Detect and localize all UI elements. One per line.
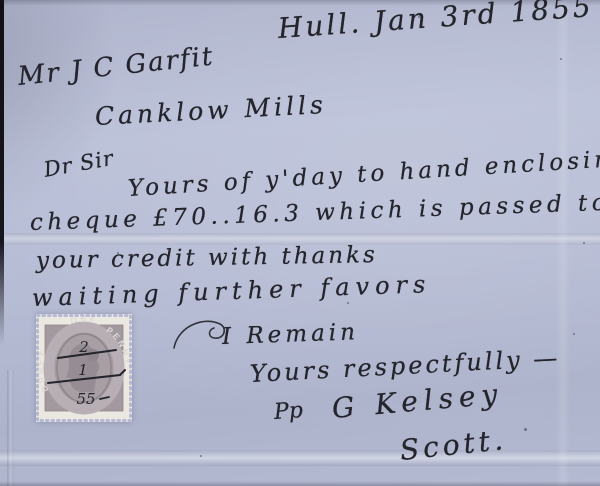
svg-text:ONE: ONE (70, 314, 99, 326)
body-line-3: your credit with thanks (36, 242, 378, 274)
paper-speck (200, 455, 202, 457)
paper-speck (573, 333, 575, 335)
scan-edge-left (0, 0, 4, 345)
queen-hair-bun (87, 349, 99, 361)
body-line-4: waiting further favors (32, 270, 432, 312)
paper-fold-lower (0, 450, 600, 466)
paper-speck (583, 242, 585, 244)
letter-sheet: Hull. Jan 3rd 1855 Mr J C Garfit Canklow… (0, 0, 600, 486)
closing-remain: I Remain (222, 319, 360, 350)
stamp-inscription-top: ONE (70, 314, 99, 326)
stamp-cancel-month: 1 (78, 361, 88, 379)
per-pro-initials: Pp (273, 398, 304, 425)
closing-respectfully: Yours respectfully — (249, 344, 561, 388)
revenue-stamp-graphic: DRAFT ONE PENNY 2 1 55 (36, 314, 132, 422)
paper-crease-right (556, 0, 570, 486)
dateline: Hull. Jan 3rd 1855 (277, 0, 595, 45)
stamp-cancel-year: 55 (76, 390, 95, 408)
revenue-stamp: DRAFT ONE PENNY 2 1 55 (36, 314, 132, 422)
paper-crease-left (7, 370, 14, 486)
paper-speck (347, 302, 349, 304)
paper-speck (560, 58, 562, 60)
signature-name: G Kelsey (331, 377, 505, 425)
scan-edge-bottom (0, 481, 600, 486)
paper-speck (524, 428, 527, 431)
